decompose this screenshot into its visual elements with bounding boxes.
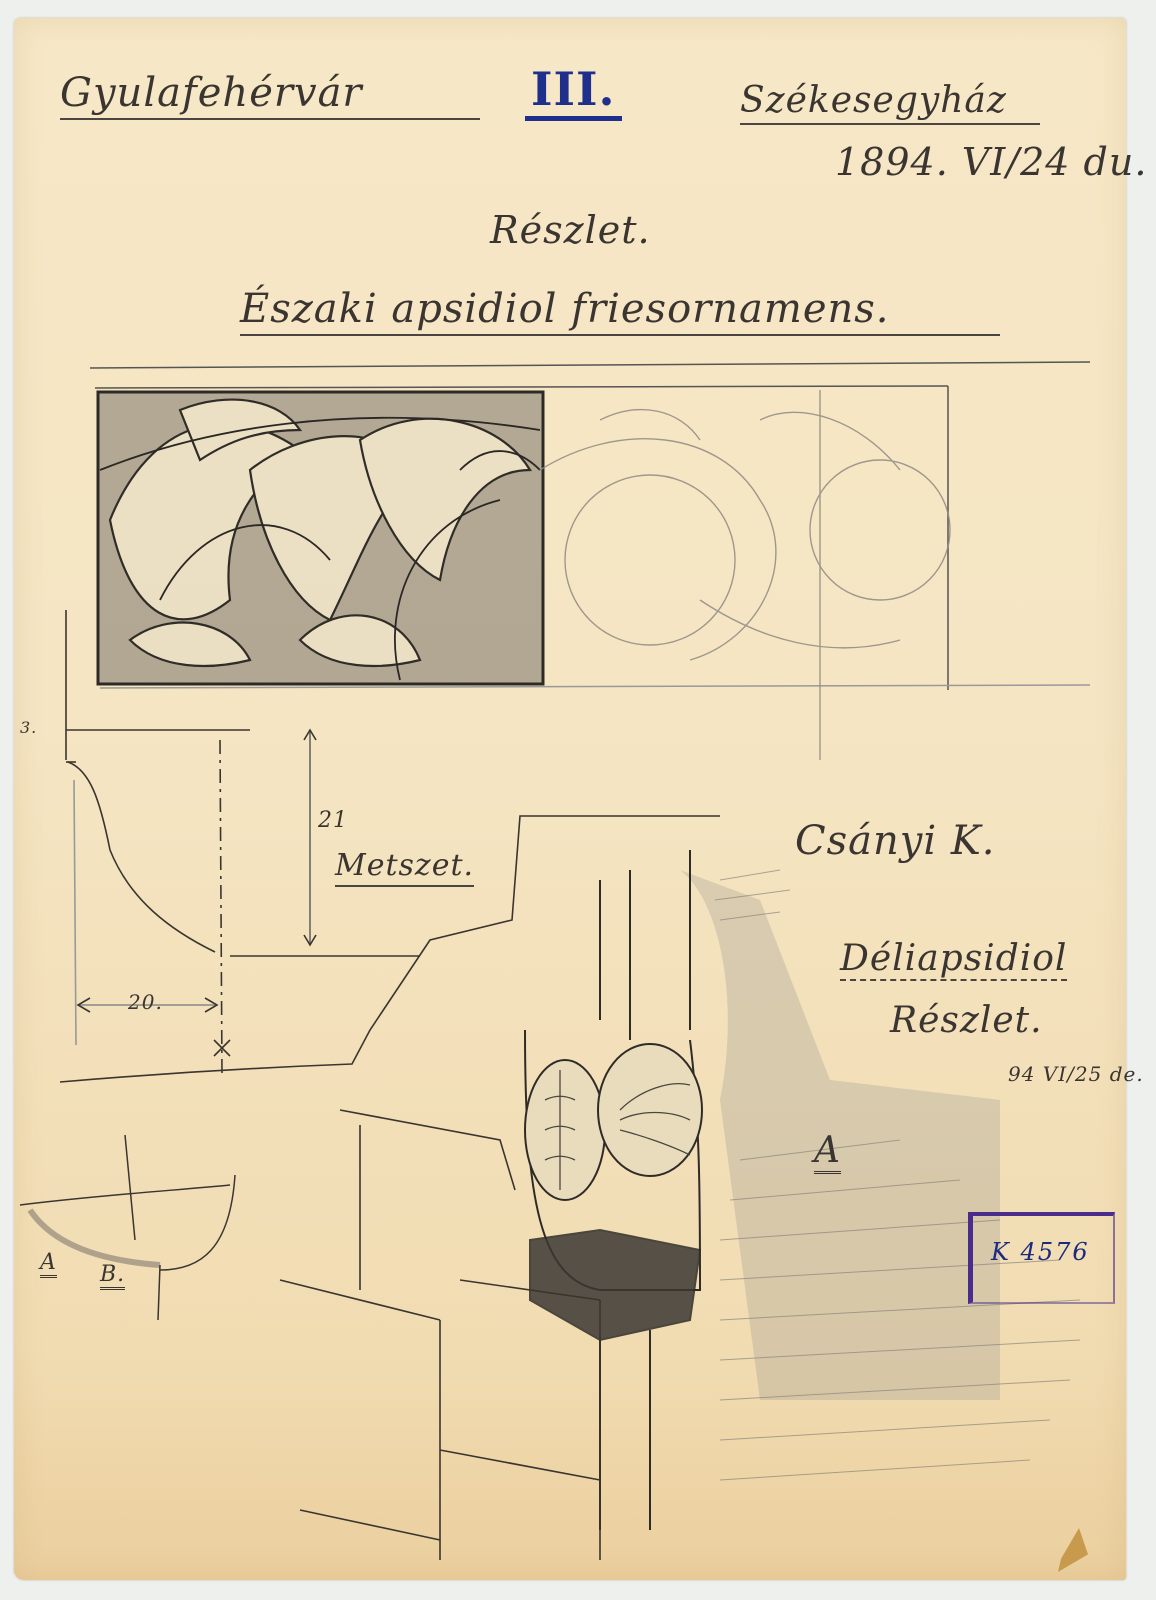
- frieze-ornament-sketch: [540, 390, 950, 760]
- dimension-small: 3.: [20, 718, 37, 737]
- archive-stamp: K 4576: [968, 1212, 1115, 1304]
- dimension-width: 20.: [128, 990, 163, 1014]
- detail-subtitle: Részlet.: [890, 1000, 1043, 1041]
- drawing-layer: [0, 0, 1156, 1600]
- frieze-ornament-rendered: [98, 392, 543, 684]
- marker-a-right: A: [814, 1130, 841, 1174]
- catalog-number: K 4576: [991, 1238, 1090, 1266]
- dimension-height: 21: [318, 808, 348, 833]
- marker-a-left: A: [40, 1250, 57, 1278]
- section-label: Metszet.: [335, 848, 474, 887]
- author-signature: Csányi K.: [795, 818, 995, 864]
- marker-b-left: B.: [100, 1262, 125, 1290]
- bottom-date: 94 VI/25 de.: [1008, 1062, 1144, 1086]
- plan-sketch: [20, 1135, 235, 1320]
- south-apsidiole-title: Déliapsidiol: [840, 938, 1067, 981]
